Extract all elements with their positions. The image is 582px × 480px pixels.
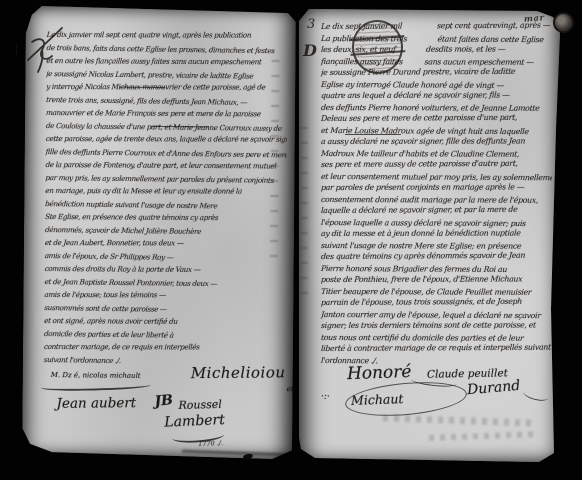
bleed-through-smudge	[429, 431, 539, 441]
manuscript-line: et de Jean Aubert, Bonnetier, tous deux …	[44, 236, 286, 250]
signature-witness-roussel: Roussel	[178, 398, 222, 412]
stamp-line	[350, 50, 405, 56]
ink-underline	[345, 134, 401, 135]
manuscript-line: par paroles de présent conjoints en mari…	[321, 181, 553, 193]
manuscript-line: liberté à contracter mariage de ce requi…	[321, 342, 553, 355]
signature-witness-honore: Honoré	[347, 362, 412, 384]
attestation-note: M. Dz é, nicolas michault	[51, 371, 141, 380]
manuscript-line: des quatre témoins cy après dénommés sça…	[321, 250, 553, 263]
margin-number: 3	[307, 17, 315, 32]
manuscript-line: Deleau ses pere et mere de cette paroiss…	[321, 112, 553, 125]
manuscript-line: manouvrier et de Marie François ses pere…	[46, 106, 288, 120]
manuscript-line: laquelle a déclaré ne sçavoir signer, et…	[321, 204, 553, 217]
signature-monogram: JB	[154, 392, 174, 410]
signature-paraph	[522, 386, 550, 403]
manuscript-line: et ont signé, après nous avoir certifié …	[44, 314, 286, 328]
manuscript-line: parrain de l'épouse, tous trois soussign…	[321, 296, 553, 309]
manuscript-line: en mariage, puis ay dit la Messe et leur…	[45, 184, 287, 198]
date-rubric: 1770 ./.	[198, 439, 223, 448]
manuscript-line: ses pere et mere aussy de cette paroisse…	[321, 158, 553, 171]
manuscript-line: y interrogé Nicolas Michaux manouvrier d…	[46, 80, 288, 94]
stamp-line	[349, 35, 404, 41]
left-page-body: Le dix janvier mil sept cent quatre ving…	[44, 28, 288, 368]
signature-flourish	[41, 381, 151, 392]
manuscript-line: et en outre les fiançailles aussy faites…	[46, 54, 288, 68]
margin-letter: D	[303, 41, 317, 60]
signature-groom: Michelioiou	[191, 363, 286, 382]
register-scan-spread: Le dix janvier mil sept cent quatre ving…	[0, 0, 582, 480]
ink-dots: ·:·	[321, 392, 330, 402]
corner-folio-note: mar	[524, 13, 545, 24]
round-corner-seal-icon	[553, 12, 574, 33]
manuscript-line: a aussy déclaré ne sçavoir signer, fille…	[321, 135, 553, 147]
right-page: 3 D Le dix sept janvier mil sept cent qu…	[299, 9, 560, 462]
manuscript-line: commis des droits du Roy à la porte de V…	[44, 262, 286, 276]
manuscript-line: de la paroisse de Fontenoy, d'autre part…	[45, 158, 287, 172]
manuscript-line: ay dit la messe et à jeun donné la bénéd…	[321, 227, 553, 239]
signature-groom-suffix: et	[287, 385, 294, 393]
manuscript-line: signer; les trois derniers témoins sont …	[321, 319, 553, 331]
bleed-through-smudge	[383, 414, 533, 426]
manuscript-line: poste de Ponthieu, frere de l'époux, d'E…	[321, 273, 553, 285]
signature-witness-peuillet: Claude peuillet	[427, 367, 508, 380]
signature-priest-lambert: Lambert	[164, 412, 225, 431]
manuscript-line: contracter mariage, de ce requis en inte…	[44, 340, 286, 354]
signature-witness-aubert: Jean aubert	[56, 395, 136, 412]
manuscript-line: quatre ans lequel a déclaré ne sçavoir s…	[321, 89, 553, 101]
ink-blot	[243, 453, 254, 460]
ink-smudge	[182, 450, 296, 457]
manuscript-line: je soussigné Pierre Durand prestre, vica…	[321, 66, 553, 79]
manuscript-line: Le dix janvier mil sept cent quatre ving…	[46, 28, 288, 42]
spine-pencil-note: ·····	[12, 44, 18, 55]
signature-priest-durand: Durand	[466, 378, 520, 399]
manuscript-line: amis de l'épouse; tous les témoins —	[44, 288, 286, 302]
bleed-through-marks	[301, 127, 308, 307]
manuscript-line: cette paroisse, agée de trente deux ans,…	[45, 132, 287, 146]
manuscript-line: Ste Eglise, en présence des quatre témoi…	[45, 210, 287, 224]
right-page-body: Le dix sept janvier mil sept cent quatre…	[321, 21, 552, 366]
signature-loop-flourish	[344, 378, 468, 421]
notary-paraph-icon	[26, 22, 66, 74]
